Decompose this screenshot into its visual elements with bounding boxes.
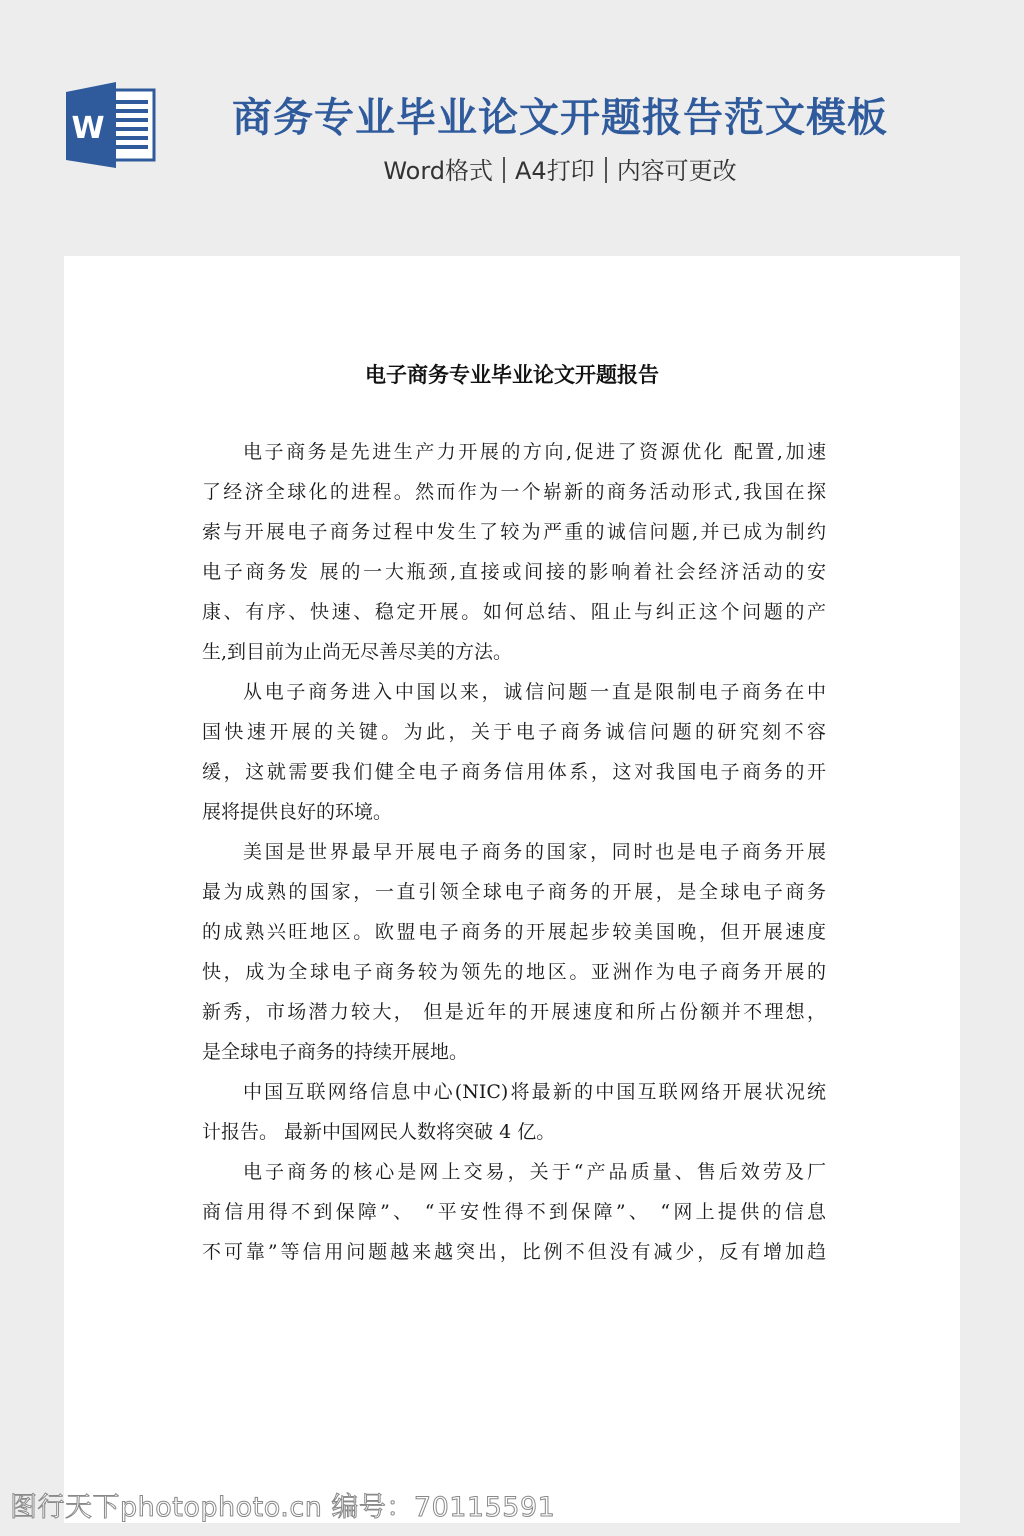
format-label: Word格式 xyxy=(383,157,493,185)
divider xyxy=(605,157,607,183)
paragraph-line: 计报告。 最新中国网民人数将突破 4 亿。 xyxy=(202,1112,826,1152)
paragraph-line: 不可靠”等信用问题越来越突出，比例不但没有减少，反有增加趋 xyxy=(202,1232,826,1272)
paragraph-line: 从电子商务进入中国以来，诚信问题一直是限制电子商务在中 xyxy=(202,672,826,712)
paragraph-line: 国快速开展的关键。为此，关于电子商务诚信问题的研究刻不容 xyxy=(202,712,826,752)
paragraph-line: 索与开展电子商务过程中发生了较为严重的诚信问题,并已成为制约 xyxy=(202,512,826,552)
paragraph-line: 新秀，市场潜力较大， 但是近年的开展速度和所占份额并不理想， xyxy=(202,992,826,1032)
paragraph-line: 了经济全球化的进程。然而作为一个崭新的商务活动形式,我国在探 xyxy=(202,472,826,512)
paragraph-line: 中国互联网络信息中心(NIC)将最新的中国互联网络开展状况统 xyxy=(202,1072,826,1112)
document-body: 电子商务是先进生产力开展的方向,促进了资源优化 配置,加速 了经济全球化的进程。… xyxy=(202,432,826,1272)
watermark: 图行天下photophoto.cn 编号：70115591 xyxy=(10,1490,555,1526)
paragraph-line: 缓，这就需要我们健全电子商务信用体系，这对我国电子商务的开 xyxy=(202,752,826,792)
print-label: A4打印 xyxy=(515,157,595,185)
header-title: 商务专业毕业论文开题报告范文模板 xyxy=(200,92,920,144)
paragraph-line: 电子商务是先进生产力开展的方向,促进了资源优化 配置,加速 xyxy=(202,432,826,472)
paragraph-line: 电子商务发 展的一大瓶颈,直接或间接的影响着社会经济活动的安 xyxy=(202,552,826,592)
paragraph-line: 商信用得不到保障”、 “平安性得不到保障”、 “网上提供的信息 xyxy=(202,1192,826,1232)
paragraph-line: 展将提供良好的环境。 xyxy=(202,792,826,832)
svg-text:W: W xyxy=(71,111,104,146)
divider xyxy=(503,157,505,183)
paragraph-line: 的成熟兴旺地区。欧盟电子商务的开展起步较美国晚，但开展速度 xyxy=(202,912,826,952)
paragraph-line: 生,到目前为止尚无尽善尽美的方法。 xyxy=(202,632,826,672)
document-page: 电子商务专业毕业论文开题报告 电子商务是先进生产力开展的方向,促进了资源优化 配… xyxy=(64,256,960,1523)
paragraph-line: 美国是世界最早开展电子商务的国家，同时也是电子商务开展 xyxy=(202,832,826,872)
document-title: 电子商务专业毕业论文开题报告 xyxy=(64,360,960,390)
paragraph-line: 快，成为全球电子商务较为领先的地区。亚洲作为电子商务开展的 xyxy=(202,952,826,992)
paragraph-line: 电子商务的核心是网上交易，关于“产品质量、售后效劳及厂 xyxy=(202,1152,826,1192)
editable-label: 内容可更改 xyxy=(617,157,737,185)
paragraph-line: 最为成熟的国家，一直引领全球电子商务的开展，是全球电子商务 xyxy=(202,872,826,912)
paragraph-line: 康、有序、快速、稳定开展。如何总结、阻止与纠正这个问题的产 xyxy=(202,592,826,632)
word-document-icon: W xyxy=(64,80,158,170)
header-subtitle: Word格式A4打印内容可更改 xyxy=(200,154,920,188)
paragraph-line: 是全球电子商务的持续开展地。 xyxy=(202,1032,826,1072)
